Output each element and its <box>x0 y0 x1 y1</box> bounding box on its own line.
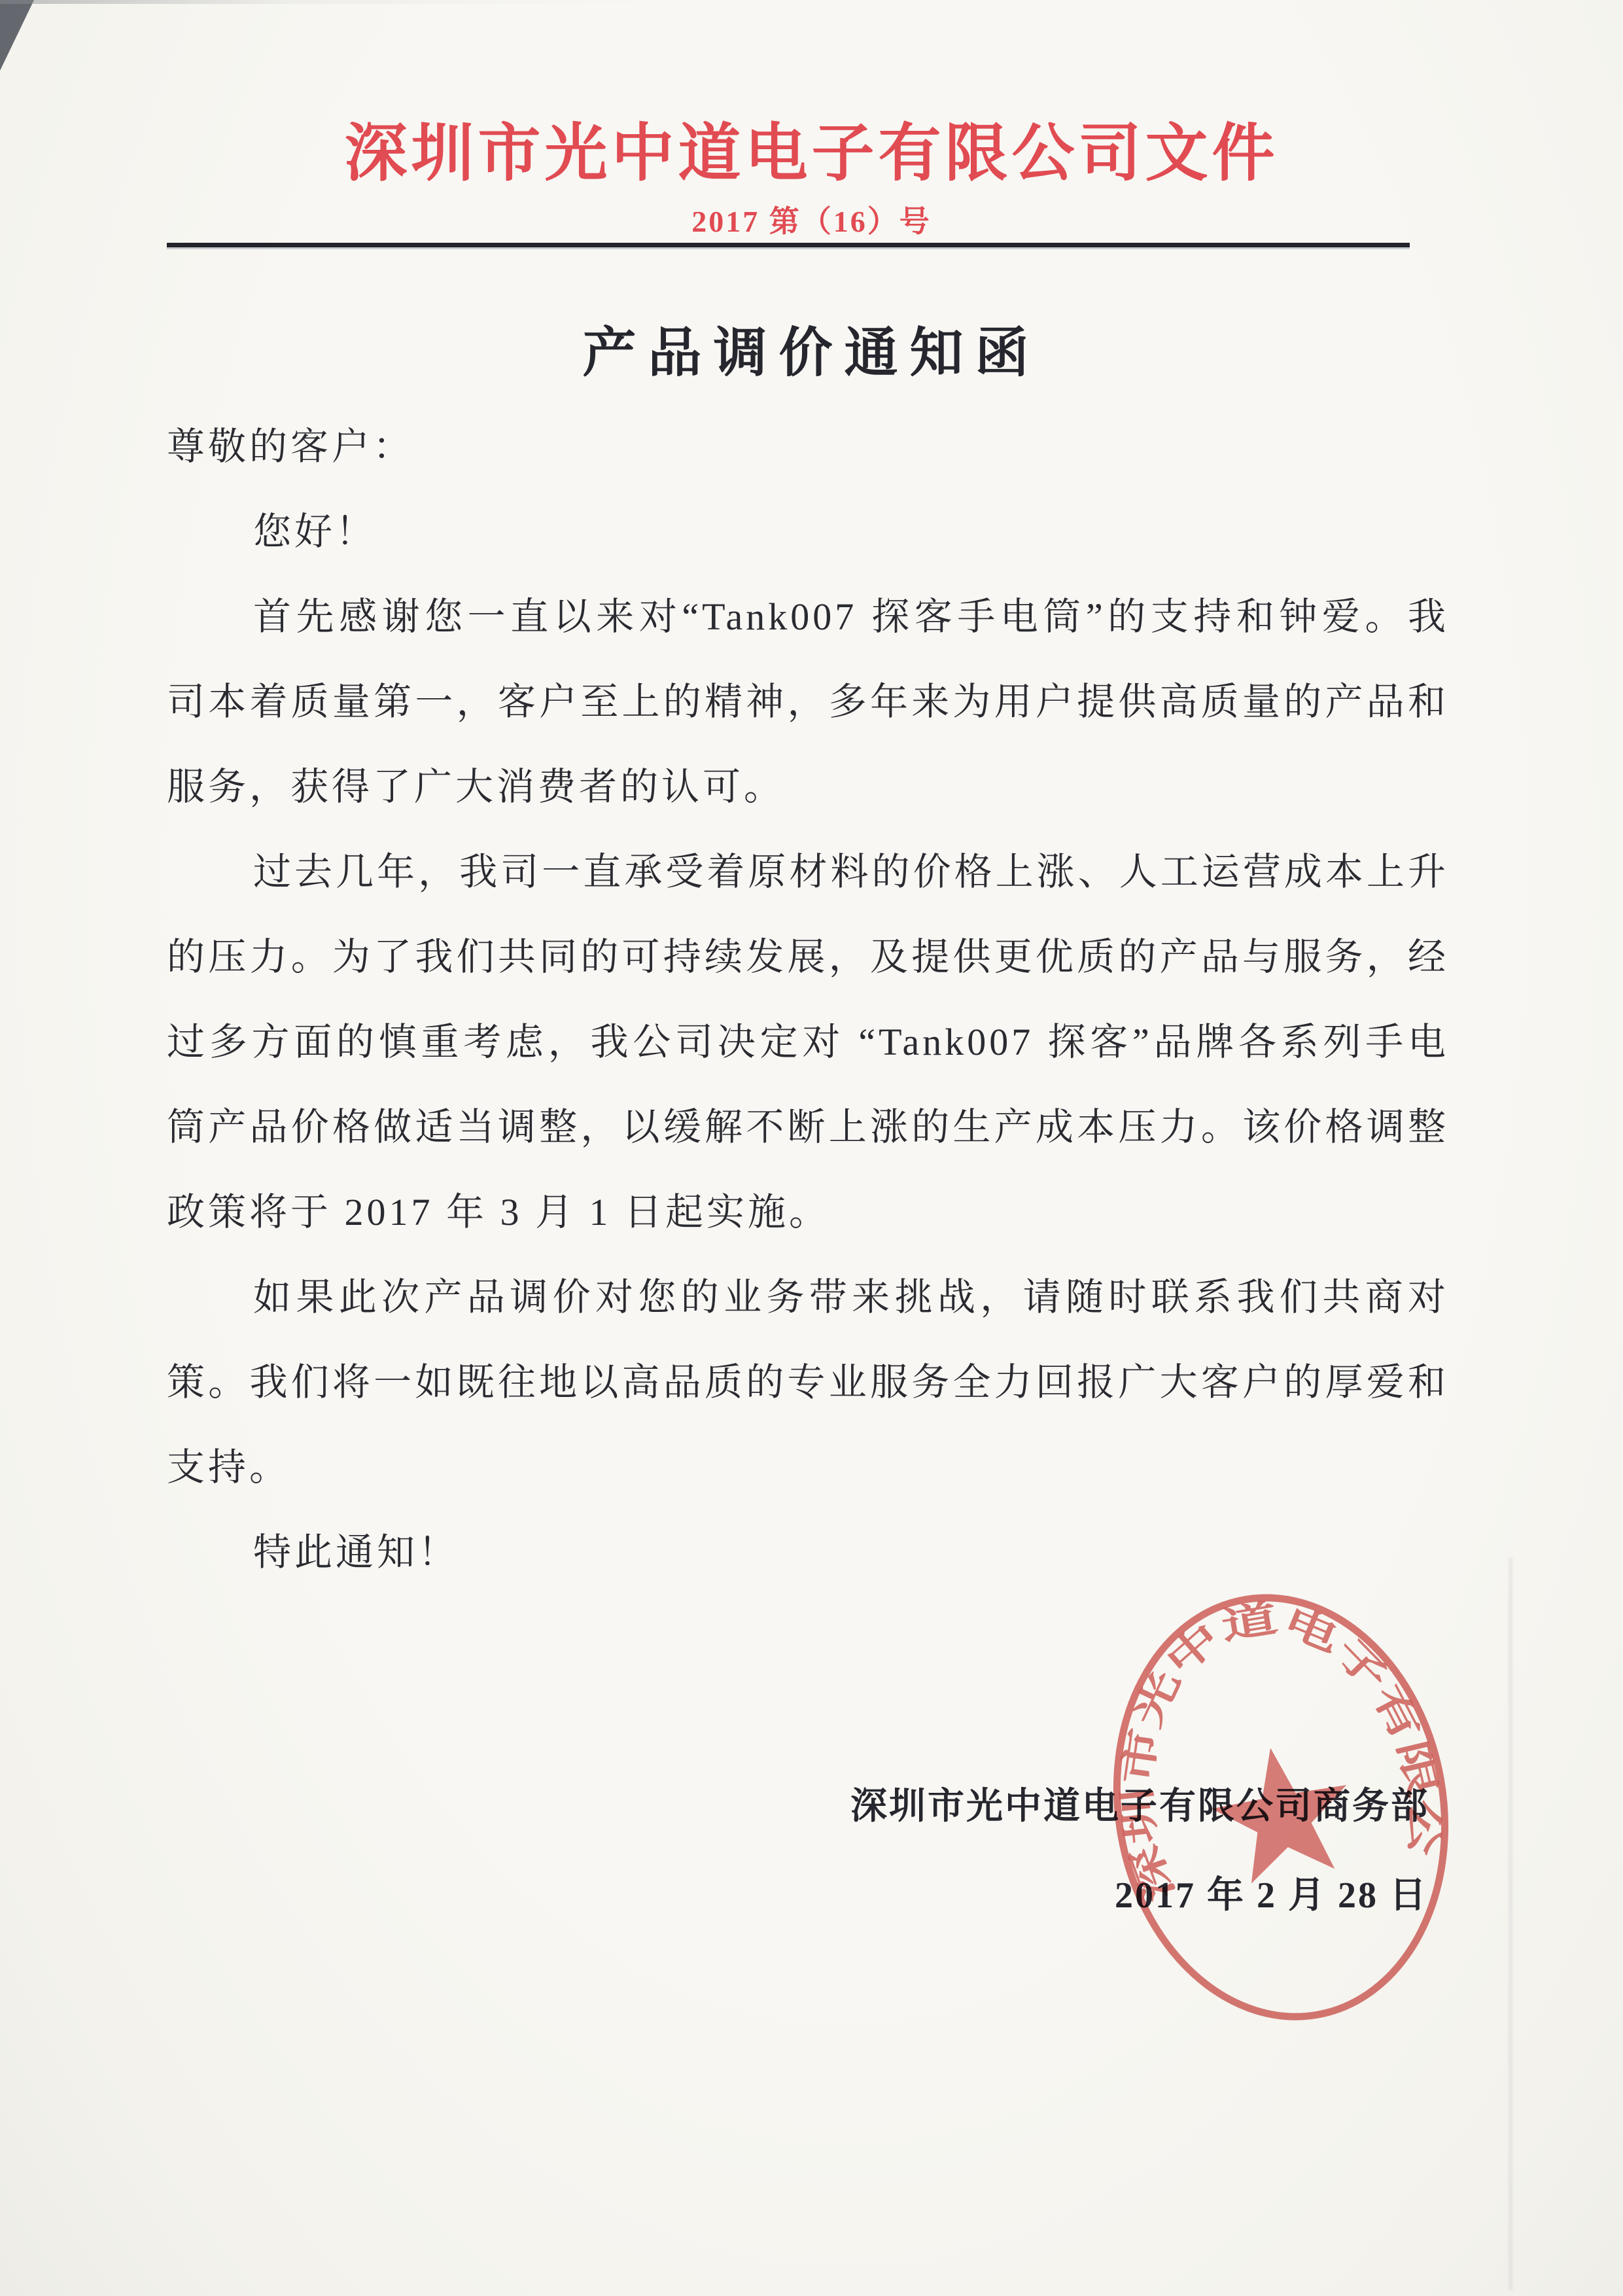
company-seal-stamp: 深圳市光中道电子有限公司 <box>1098 1578 1464 2036</box>
letter-title: 产品调价通知函 <box>0 310 1623 387</box>
salutation: 尊敬的客户： <box>167 404 1449 489</box>
paragraph: 如果此次产品调价对您的业务带来挑战，请随时联系我们共商对策。我们将一如既往地以高… <box>167 1255 1449 1510</box>
stamp-star-icon <box>1203 1736 1361 1888</box>
svg-text:深圳市光中道电子有限公司: 深圳市光中道电子有限公司 <box>1098 1578 1455 1911</box>
paragraph: 过去几年，我司一直承受着原材料的价格上涨、人工运营成本上升的压力。为了我们共同的… <box>167 830 1449 1255</box>
document-number: 2017 第（16）号 <box>0 198 1623 241</box>
letter-body: 尊敬的客户： 您好！ 首先感谢您一直以来对“Tank007 探客手电筒”的支持和… <box>167 404 1449 1595</box>
scan-crease-artifact <box>1509 1557 1512 2290</box>
greeting: 您好！ <box>167 489 1449 574</box>
paragraph: 首先感谢您一直以来对“Tank007 探客手电筒”的支持和钟爱。我司本着质量第一… <box>167 574 1449 830</box>
header-divider-rule <box>167 243 1410 247</box>
stamp-ring-text: 深圳市光中道电子有限公司 <box>1098 1578 1455 1911</box>
scan-corner-artifact <box>0 0 46 79</box>
company-document-title: 深圳市光中道电子有限公司文件 <box>0 103 1623 193</box>
scanned-letter-page: 深圳市光中道电子有限公司文件 2017 第（16）号 产品调价通知函 尊敬的客户… <box>0 0 1623 2296</box>
scan-top-edge-artifact <box>0 0 1623 4</box>
